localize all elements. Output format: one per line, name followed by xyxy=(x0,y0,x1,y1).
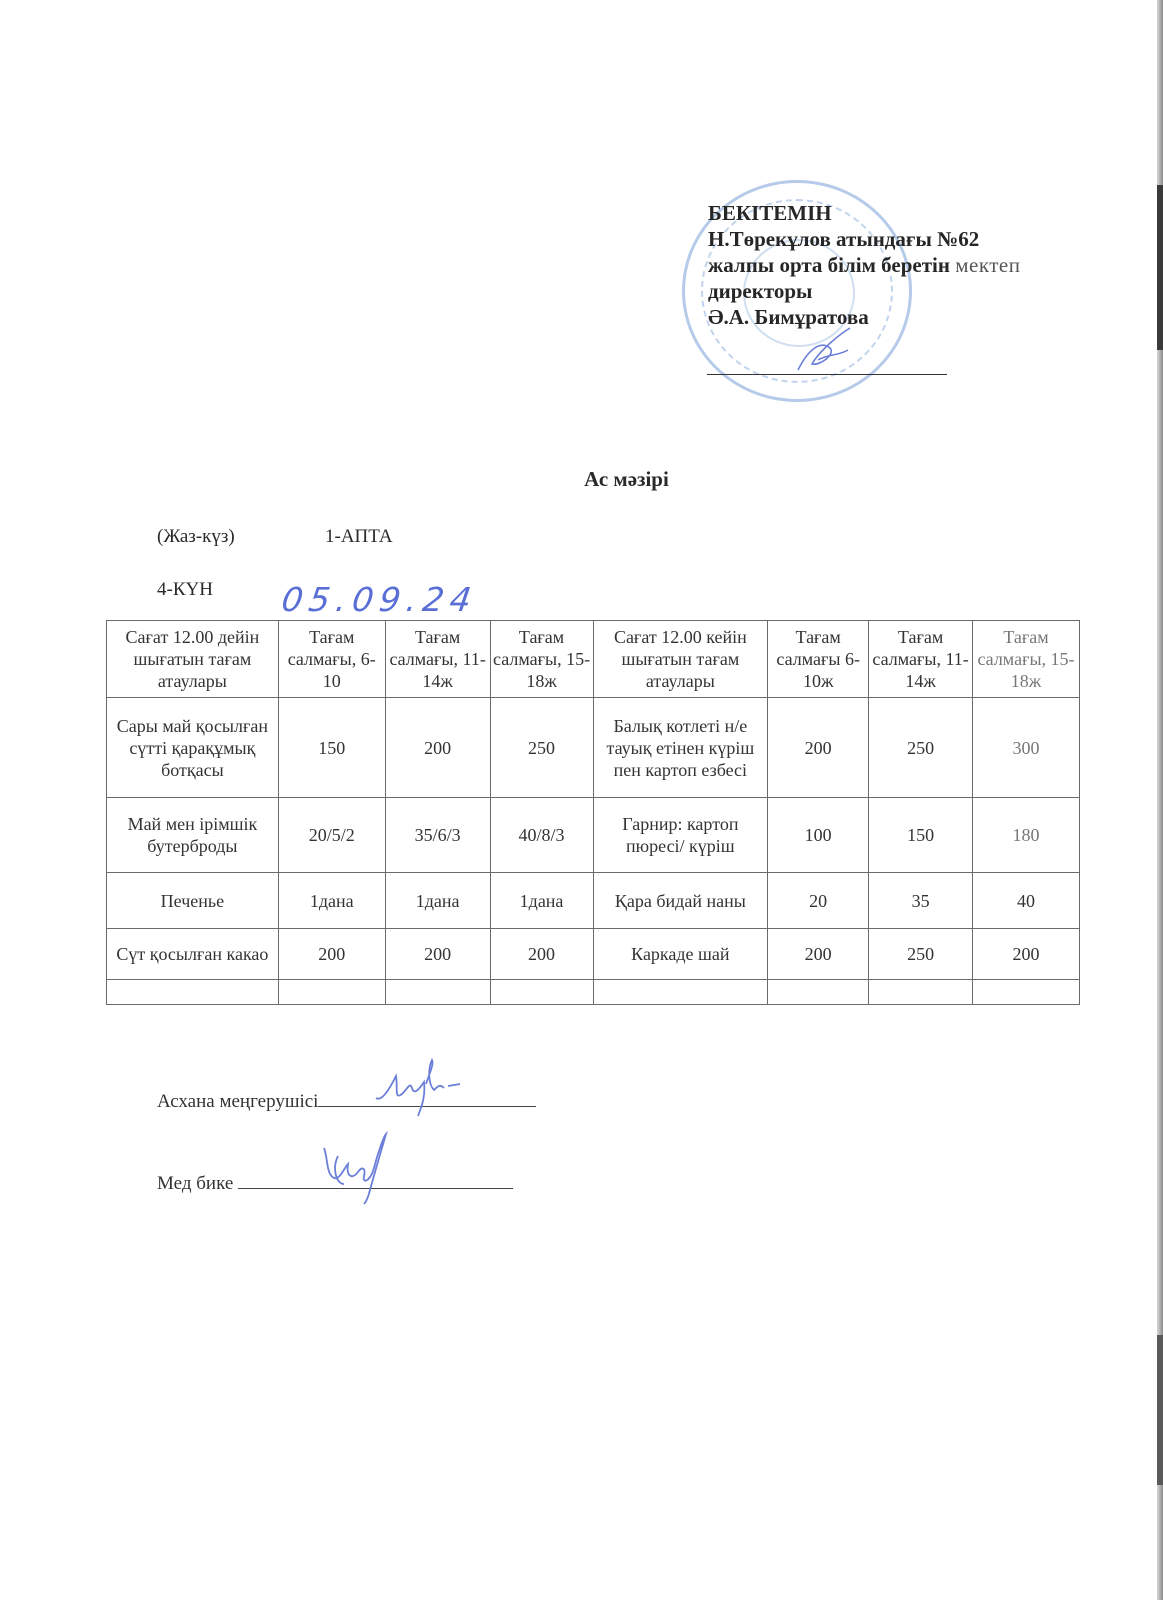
weight-cell: 20/5/2 xyxy=(278,798,385,873)
day-label: 4-КҮН xyxy=(157,579,213,601)
weight-cell: 1дана xyxy=(490,873,593,929)
approval-signature-line xyxy=(707,374,947,375)
nurse-label: Мед бике xyxy=(157,1173,233,1194)
weight-cell: 1дана xyxy=(278,873,385,929)
scan-edge xyxy=(1157,0,1163,1600)
weight-cell: 200 xyxy=(973,929,1080,980)
dish-name: Қара бидай наны xyxy=(593,873,768,929)
weight-cell: 180 xyxy=(973,798,1080,873)
approval-position: директоры xyxy=(708,278,1021,304)
header-morning-dishes: Сағат 12.00 дейін шығатын тағам атаулары xyxy=(107,621,279,698)
dish-name: Сүт қосылған какао xyxy=(107,929,279,980)
empty-cell xyxy=(490,980,593,1005)
approval-school: Н.Төрекұлов атындағы №62 xyxy=(708,226,1021,252)
table-row: Май мен ірімшік бутерброды 20/5/2 35/6/3… xyxy=(107,798,1080,873)
header-afternoon-dishes: Сағат 12.00 кейін шығатын тағам атаулары xyxy=(593,621,768,698)
weight-cell: 250 xyxy=(869,929,973,980)
header-weight-6-10: Тағам салмағы, 6-10 xyxy=(278,621,385,698)
approval-heading: БЕКІТЕМІН xyxy=(708,200,1021,226)
table-row-empty xyxy=(107,980,1080,1005)
weight-cell: 40/8/3 xyxy=(490,798,593,873)
weight-cell: 200 xyxy=(768,698,869,798)
weight-cell: 250 xyxy=(490,698,593,798)
approval-director-name: Ә.А. Бимұратова xyxy=(708,304,1021,330)
weight-cell: 200 xyxy=(278,929,385,980)
weight-cell: 150 xyxy=(278,698,385,798)
menu-table: Сағат 12.00 дейін шығатын тағам атаулары… xyxy=(106,620,1080,1005)
dish-name: Сары май қосылған сүтті қарақұмық ботқас… xyxy=(107,698,279,798)
weight-cell: 200 xyxy=(385,929,490,980)
approval-school-type: жалпы орта білім беретін мектеп xyxy=(708,252,1021,278)
season-label: (Жаз-күз) xyxy=(157,526,235,548)
table-row: Сүт қосылған какао 200 200 200 Каркаде ш… xyxy=(107,929,1080,980)
empty-cell xyxy=(768,980,869,1005)
handwritten-date: 05.09.24 xyxy=(279,580,479,619)
weight-cell: 300 xyxy=(973,698,1080,798)
weight-cell: 35/6/3 xyxy=(385,798,490,873)
dish-name: Гарнир: картоп пюресі/ күріш xyxy=(593,798,768,873)
weight-cell: 150 xyxy=(869,798,973,873)
table-header-row: Сағат 12.00 дейін шығатын тағам атаулары… xyxy=(107,621,1080,698)
header-weight-11-14: Тағам салмағы, 11-14ж xyxy=(869,621,973,698)
nurse-signature-icon xyxy=(318,1128,398,1208)
canteen-manager-signature-row: Асхана меңгерушісі xyxy=(157,1088,536,1113)
header-weight-15-18: Тағам салмағы, 15-18ж xyxy=(973,621,1080,698)
empty-cell xyxy=(869,980,973,1005)
approval-block: БЕКІТЕМІН Н.Төрекұлов атындағы №62 жалпы… xyxy=(708,200,1021,330)
weight-cell: 40 xyxy=(973,873,1080,929)
header-weight-6-10: Тағам салмағы 6-10ж xyxy=(768,621,869,698)
canteen-manager-label: Асхана меңгерушісі xyxy=(157,1091,318,1112)
canteen-manager-signature-icon xyxy=(368,1058,468,1118)
empty-cell xyxy=(973,980,1080,1005)
week-label: 1-АПТА xyxy=(325,526,393,548)
table-row: Печенье 1дана 1дана 1дана Қара бидай нан… xyxy=(107,873,1080,929)
dish-name: Май мен ірімшік бутерброды xyxy=(107,798,279,873)
weight-cell: 35 xyxy=(869,873,973,929)
dish-name: Балық котлеті н/е тауық етінен күріш пен… xyxy=(593,698,768,798)
empty-cell xyxy=(593,980,768,1005)
weight-cell: 250 xyxy=(869,698,973,798)
weight-cell: 100 xyxy=(768,798,869,873)
empty-cell xyxy=(107,980,279,1005)
dish-name: Печенье xyxy=(107,873,279,929)
header-weight-15-18: Тағам салмағы, 15-18ж xyxy=(490,621,593,698)
header-weight-11-14: Тағам салмағы, 11-14ж xyxy=(385,621,490,698)
empty-cell xyxy=(385,980,490,1005)
weight-cell: 200 xyxy=(385,698,490,798)
weight-cell: 200 xyxy=(768,929,869,980)
weight-cell: 1дана xyxy=(385,873,490,929)
dish-name: Каркаде шай xyxy=(593,929,768,980)
weight-cell: 20 xyxy=(768,873,869,929)
table-row: Сары май қосылған сүтті қарақұмық ботқас… xyxy=(107,698,1080,798)
empty-cell xyxy=(278,980,385,1005)
weight-cell: 200 xyxy=(490,929,593,980)
document-title: Ас мәзірі xyxy=(0,467,1163,492)
director-signature-icon xyxy=(790,320,860,380)
